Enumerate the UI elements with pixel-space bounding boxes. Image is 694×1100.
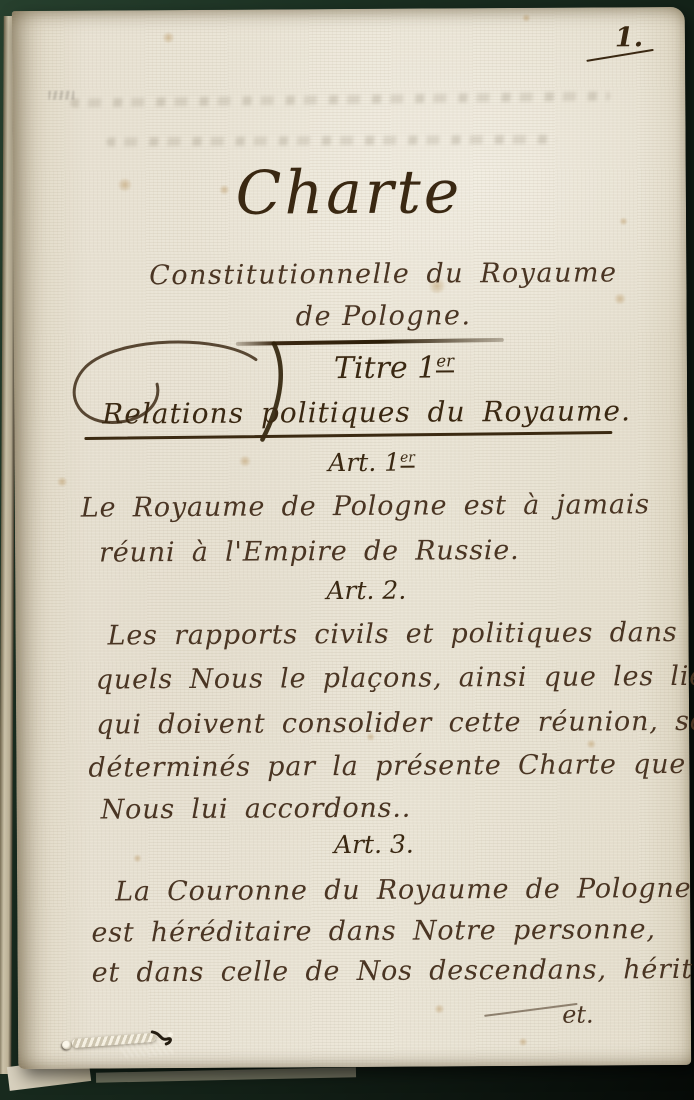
foxing-spot	[518, 1038, 528, 1046]
foxing-spot	[57, 477, 68, 487]
article-1-heading: Art. 1er	[296, 448, 446, 478]
manuscript-line: Le Royaume de Pologne est à jamais	[81, 489, 650, 524]
manuscript-line: Nous lui accordons..	[101, 793, 412, 826]
manuscript-line: Les rapports civils et politiques dans l…	[107, 617, 694, 652]
manuscript-line: réuni à l'Empire de Russie.	[99, 535, 520, 569]
thread-knot	[149, 1024, 177, 1052]
titre-heading-text: Titre 1	[334, 350, 437, 386]
catchword: et.	[536, 1001, 620, 1029]
manuscript-line: qui doivent consolider cette réunion, so…	[96, 706, 694, 741]
manuscript-line: La Couronne du Royaume de Pologne	[115, 873, 691, 908]
foxing-spot	[522, 14, 531, 22]
article-1-label: Art. 1	[328, 448, 400, 477]
under-page-bottom-edge	[96, 1067, 356, 1082]
manuscript-line: déterminés par la présente Charte que	[88, 749, 686, 784]
stitch-hole	[62, 1040, 73, 1050]
article-1-ordinal: er	[400, 449, 415, 467]
titre-heading-ordinal: er	[436, 351, 454, 372]
foxing-spot	[162, 32, 175, 43]
foxing-spot	[238, 456, 251, 467]
ink-showthrough	[107, 135, 557, 147]
document-subtitle-line1: Constitutionnelle du Royaume	[83, 257, 683, 292]
ink-showthrough	[70, 92, 610, 108]
manuscript-page: 1. Charte Constitutionnelle du Royaume d…	[12, 7, 691, 1069]
foxing-spot	[133, 854, 142, 862]
foxing-spot	[434, 1004, 445, 1013]
manuscript-line: quels Nous le plaçons, ainsi que les lie…	[96, 661, 694, 696]
photo-background: 1. Charte Constitutionnelle du Royaume d…	[0, 0, 694, 1100]
manuscript-line: est héréditaire dans Notre personne,	[91, 914, 656, 948]
article-2-heading: Art. 2.	[291, 576, 441, 606]
foxing-spot	[586, 740, 596, 749]
article-3-heading: Art. 3.	[299, 830, 449, 860]
pencil-mark	[48, 91, 74, 100]
calligraphic-flourish	[60, 339, 311, 449]
manuscript-line: et dans celle de Nos descendans, héritie…	[92, 954, 694, 989]
document-subtitle-line2: de Pologne.	[84, 299, 684, 334]
document-title: Charte	[49, 157, 649, 230]
binding-thread	[61, 1022, 179, 1065]
section-heading: Relations politiques du Royaume.	[102, 395, 631, 430]
